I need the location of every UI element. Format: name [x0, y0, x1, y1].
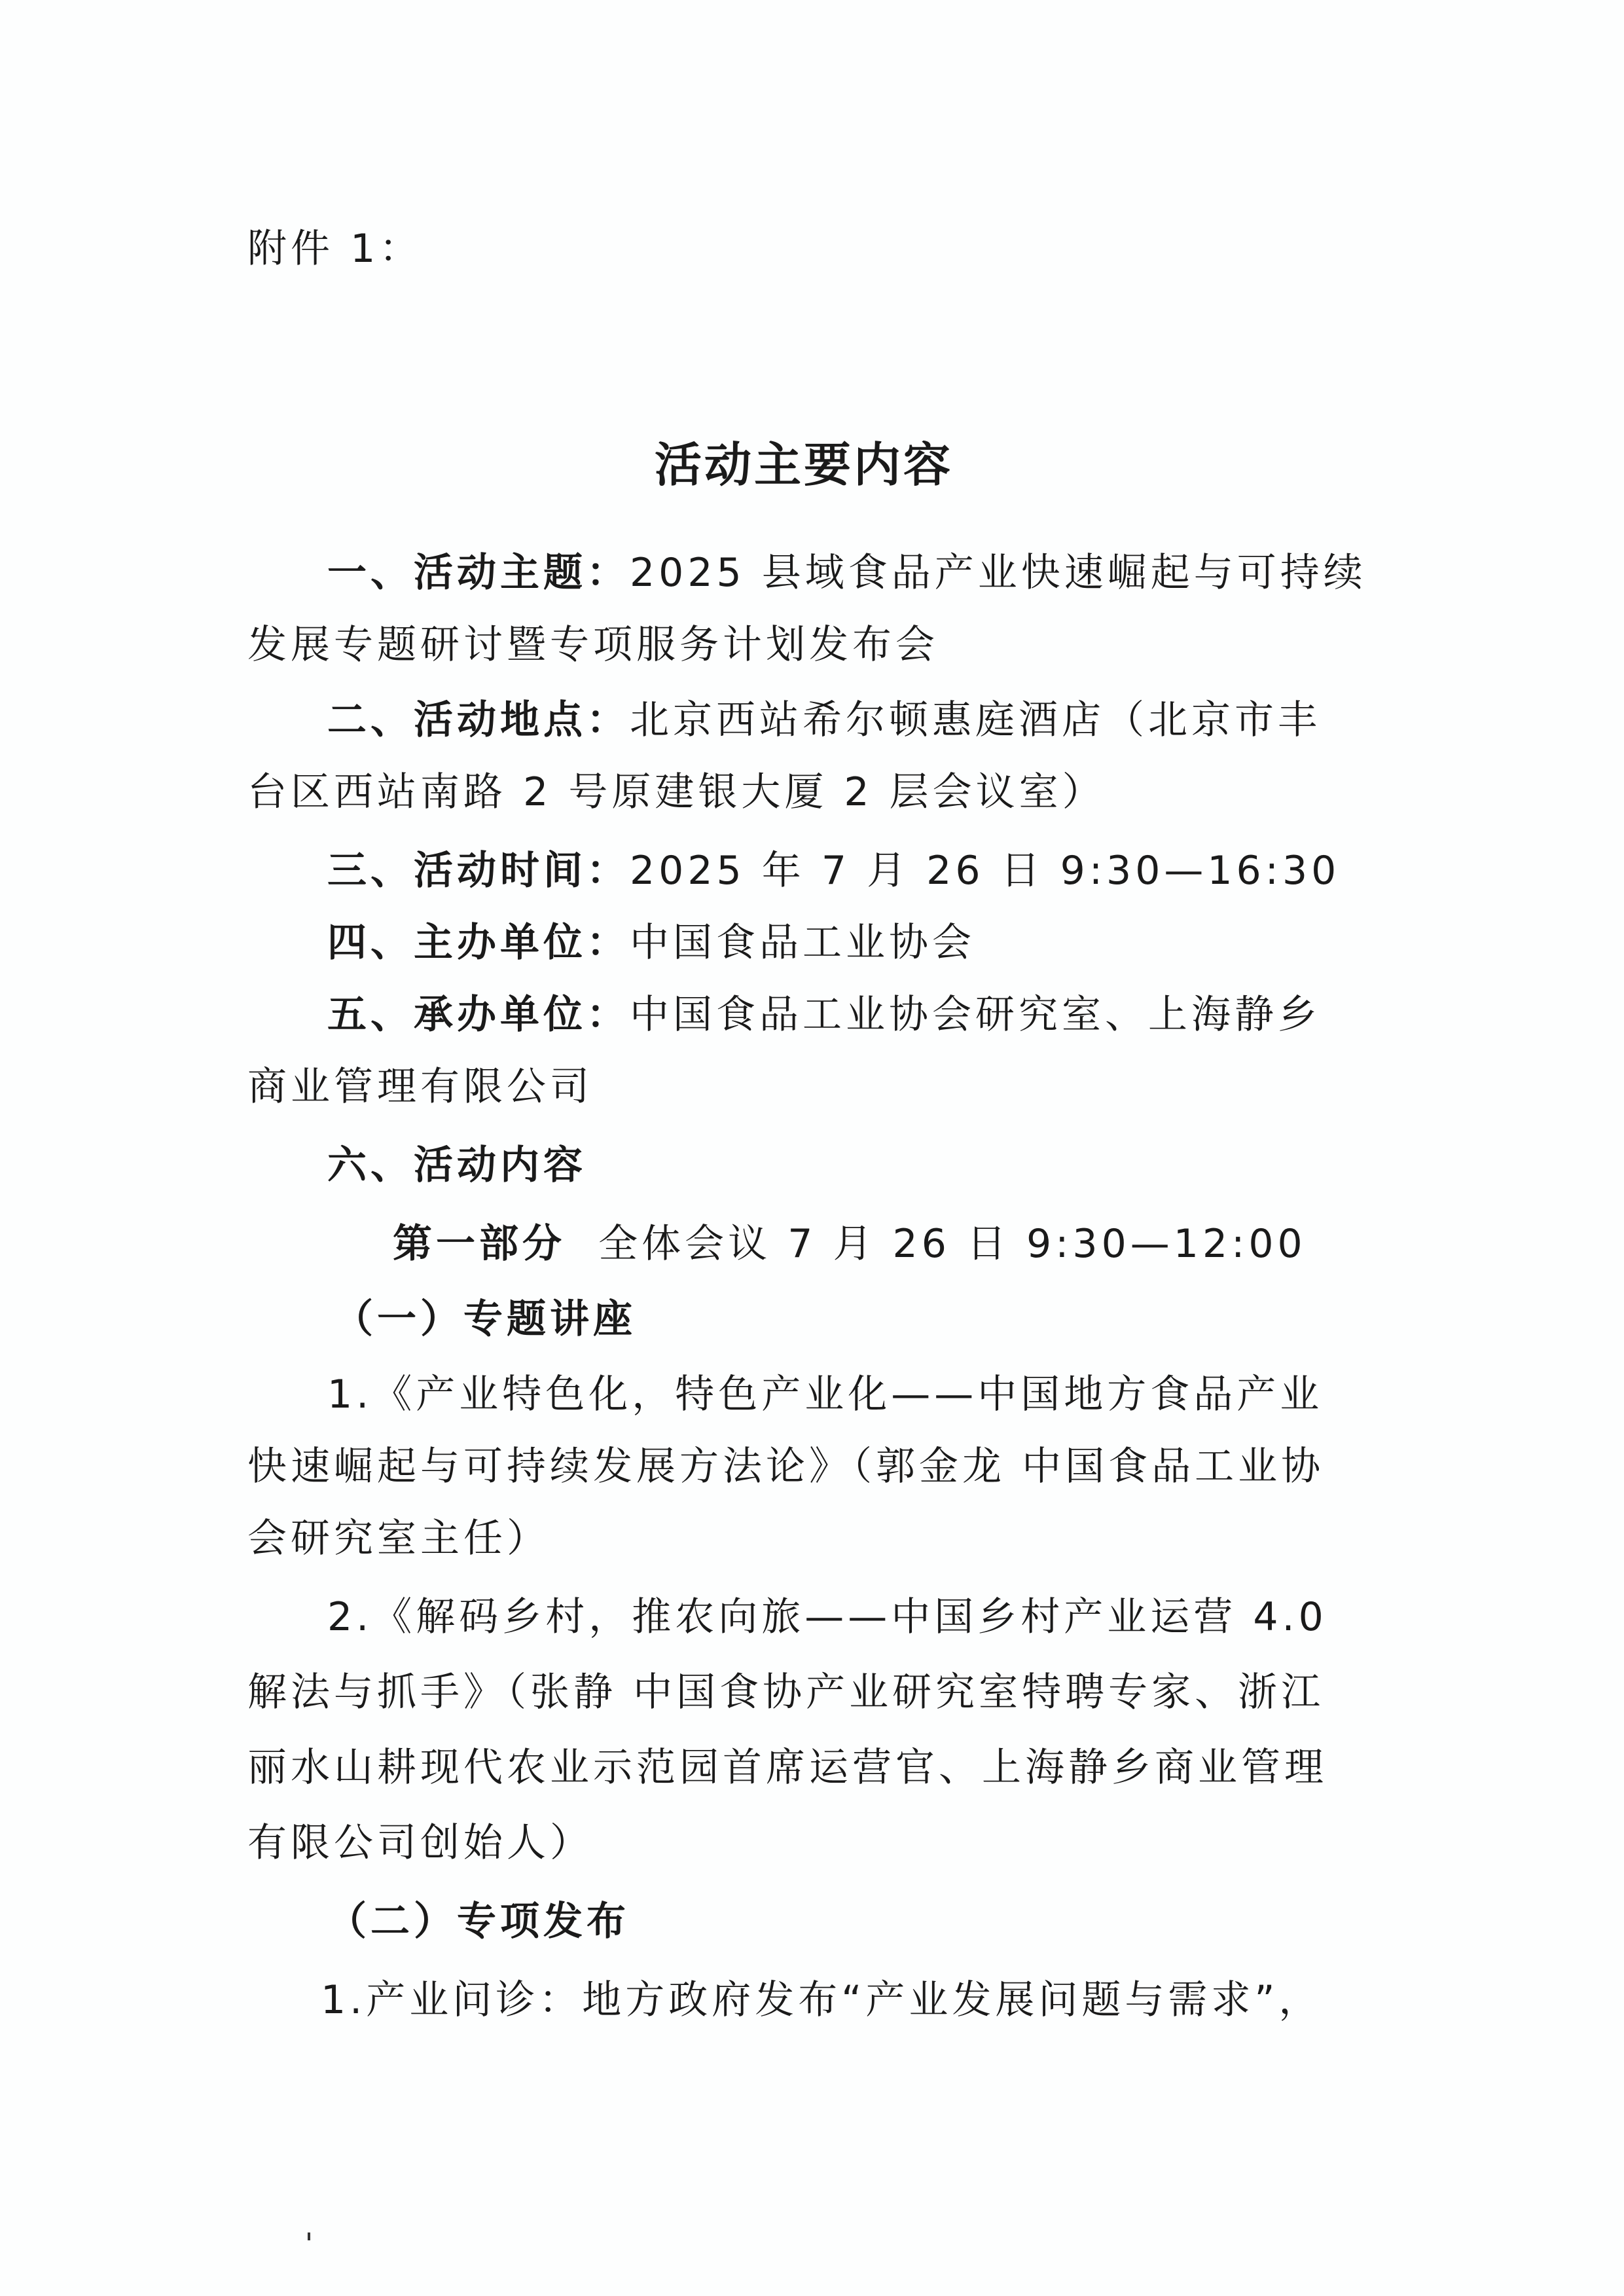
venue-label: 二、活动地点： — [327, 697, 630, 743]
host-label: 四、主办单位： — [327, 920, 630, 966]
venue-line2: 台区西站南路 2 号原建银大厦 2 层会议室） — [247, 766, 1106, 818]
scan-speck — [308, 2232, 310, 2240]
lecture1-line1: 1.《产业特色化，特色产业化——中国地方食品产业 — [327, 1368, 1323, 1421]
attachment-label: 附件 1： — [247, 223, 422, 275]
lecture2-line2: 解法与抓手》（张静 中国食协产业研究室特聘专家、浙江 — [247, 1666, 1324, 1719]
lecture2-line3: 丽水山耕现代农业示范园首席运营官、上海静乡商业管理 — [247, 1741, 1327, 1794]
lecture2-line1: 2.《解码乡村，推农向旅——中国乡村产业运营 4.0 — [327, 1591, 1327, 1643]
organizer-line2: 商业管理有限公司 — [247, 1061, 593, 1113]
theme-line1: 一、活动主题：2025 县域食品产业快速崛起与可持续 — [327, 547, 1367, 599]
lecture1-line3: 会研究室主任） — [247, 1512, 550, 1565]
releases-heading: （二）专项发布 — [327, 1895, 630, 1948]
organizer-text: 中国食品工业协会研究室、上海静乡 — [630, 992, 1321, 1038]
time-text: 2025 年 7 月 26 日 9:30—16:30 — [630, 848, 1340, 894]
theme-label: 一、活动主题： — [327, 550, 630, 596]
theme-line2: 发展专题研讨暨专项服务计划发布会 — [247, 619, 939, 671]
part1-text: 全体会议 7 月 26 日 9:30—12:00 — [598, 1221, 1307, 1267]
venue-text: 北京西站希尔顿惠庭酒店（北京市丰 — [630, 697, 1321, 743]
host-text: 中国食品工业协会 — [630, 920, 975, 966]
content-heading: 六、活动内容 — [327, 1139, 586, 1192]
part1-line: 第一部分 全体会议 7 月 26 日 9:30—12:00 — [393, 1218, 1307, 1270]
part1-label: 第一部分 — [393, 1221, 566, 1267]
lecture1-line2: 快速崛起与可持续发展方法论》（郭金龙 中国食品工业协 — [247, 1440, 1324, 1493]
page-title: 活动主要内容 — [655, 439, 953, 491]
release1-line1: 1.产业问诊：地方政府发布“产业发展问题与需求”， — [321, 1974, 1322, 2026]
theme-text: 2025 县域食品产业快速崛起与可持续 — [630, 550, 1367, 596]
venue-line1: 二、活动地点：北京西站希尔顿惠庭酒店（北京市丰 — [327, 694, 1321, 746]
lectures-heading: （一）专题讲座 — [334, 1293, 636, 1345]
time-label: 三、活动时间： — [327, 848, 630, 894]
lecture2-line4: 有限公司创始人） — [247, 1817, 593, 1869]
organizer-line1: 五、承办单位：中国食品工业协会研究室、上海静乡 — [327, 989, 1321, 1041]
organizer-label: 五、承办单位： — [327, 992, 630, 1038]
host-line: 四、主办单位：中国食品工业协会 — [327, 917, 975, 969]
time-line: 三、活动时间：2025 年 7 月 26 日 9:30—16:30 — [327, 845, 1340, 897]
